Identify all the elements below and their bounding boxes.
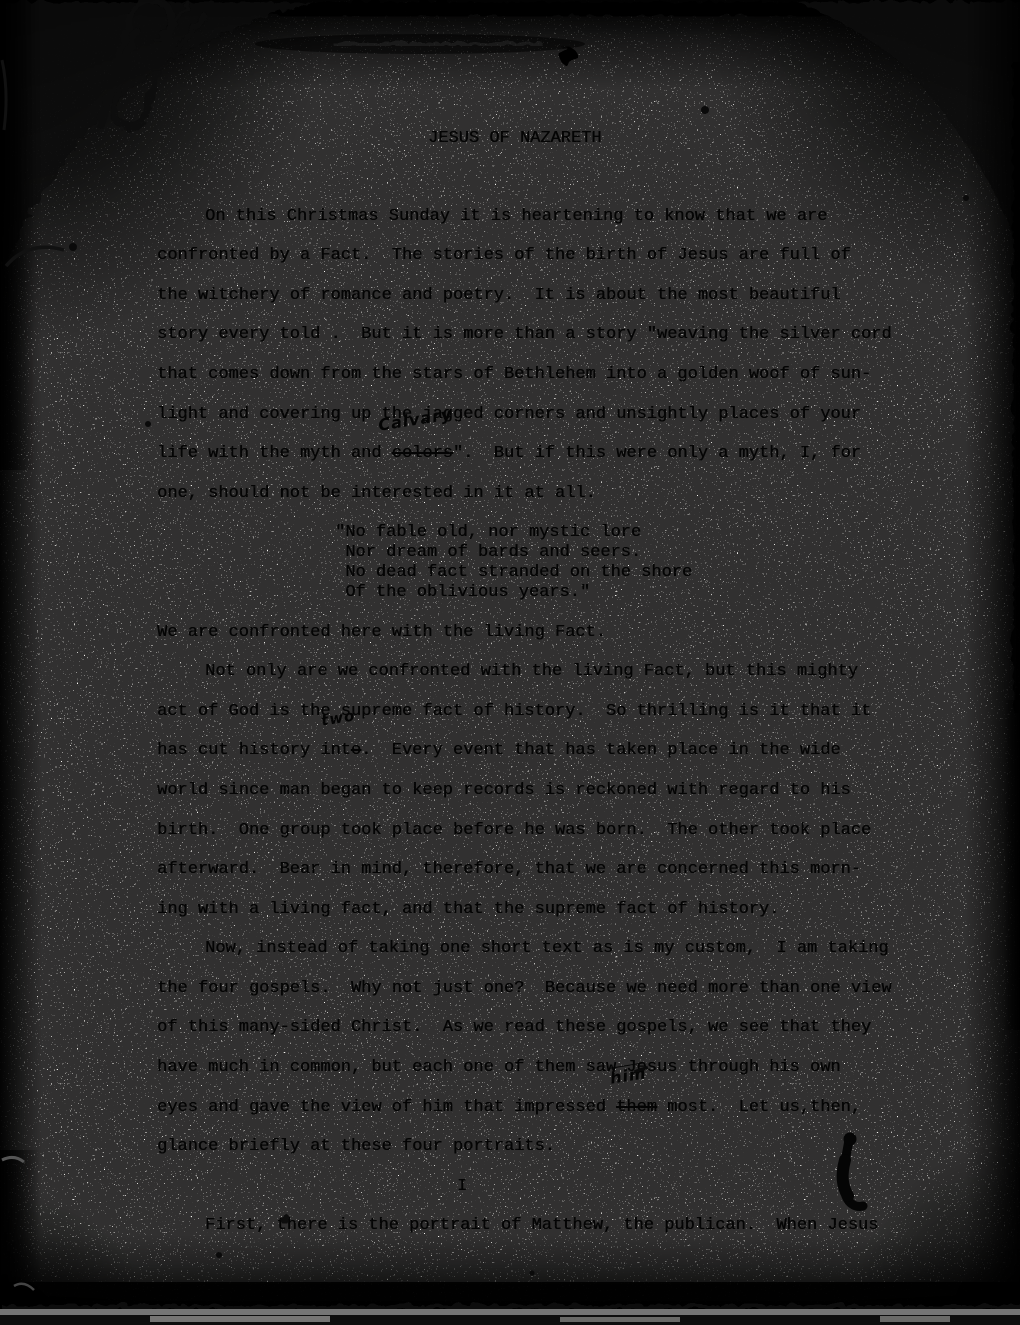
text-line: the witchery of romance and poetry. It i… bbox=[157, 276, 897, 316]
poem-line: No dead fact stranded on the shore bbox=[157, 563, 897, 583]
text-line: one, should not be interested in it at a… bbox=[157, 474, 897, 514]
document-title: JESUS OF NAZARETH bbox=[157, 119, 897, 159]
section-marker: I bbox=[157, 1167, 897, 1207]
text-line: has cut history inttwoo. Every event tha… bbox=[157, 731, 897, 771]
text-line: eyes and gave the view of him that impre… bbox=[157, 1088, 897, 1128]
text-line: Not only are we confronted with the livi… bbox=[157, 652, 897, 692]
typewritten-text-block: JESUS OF NAZARETH On this Christmas Sund… bbox=[157, 81, 897, 1246]
poem-line: Nor dream of bards and seers. bbox=[157, 543, 897, 563]
scanned-document-page: JESUS OF NAZARETH On this Christmas Sund… bbox=[0, 0, 1020, 1325]
bottom-scan-band bbox=[0, 1303, 1020, 1325]
text-line: afterward. Bear in mind, therefore, that… bbox=[157, 850, 897, 890]
text-line: of this many-sided Christ. As we read th… bbox=[157, 1008, 897, 1048]
text-line: life with the myth and Calvarycolors". B… bbox=[157, 434, 897, 474]
text-line: world since man began to keep records is… bbox=[157, 771, 897, 811]
poem-line: "No fable old, nor mystic lore bbox=[157, 523, 897, 543]
struck-word: o bbox=[351, 741, 361, 760]
corrected-word: twoo bbox=[351, 731, 361, 771]
struck-word: colors bbox=[392, 444, 453, 463]
line-text: ". But if this were only a myth, I, for bbox=[453, 444, 861, 463]
smudge-streak bbox=[255, 34, 585, 63]
struck-word: them bbox=[616, 1098, 657, 1117]
text-line: glance briefly at these four portraits. bbox=[157, 1127, 897, 1167]
text-line: On this Christmas Sunday it is heartenin… bbox=[157, 197, 897, 237]
text-line: story every told . But it is more than a… bbox=[157, 315, 897, 355]
text-line: the four gospels. Why not just one? Beca… bbox=[157, 969, 897, 1009]
text-line: light and covering up the jagged corners… bbox=[157, 395, 897, 435]
text-line: have much in common, but each one of the… bbox=[157, 1048, 897, 1088]
corrected-word: Calvarycolors bbox=[392, 434, 453, 474]
line-text: . Every event that has taken place in th… bbox=[361, 741, 840, 760]
text-line: ing with a living fact, and that the sup… bbox=[157, 890, 897, 930]
text-line: confronted by a Fact. The stories of the… bbox=[157, 236, 897, 276]
text-line: We are confronted here with the living F… bbox=[157, 613, 897, 653]
text-line: birth. One group took place before he wa… bbox=[157, 811, 897, 851]
line-text: eyes and gave the view of him that impre… bbox=[157, 1098, 616, 1117]
line-text: life with the myth and bbox=[157, 444, 392, 463]
text-line: First, there is the portrait of Matthew,… bbox=[157, 1206, 897, 1246]
text-line: Now, instead of taking one short text as… bbox=[157, 929, 897, 969]
text-line: act of God is the supreme fact of histor… bbox=[157, 692, 897, 732]
corrected-word: himthem bbox=[616, 1088, 657, 1128]
text-line: that comes down from the stars of Bethle… bbox=[157, 355, 897, 395]
line-text: most. Let us,then, bbox=[657, 1098, 861, 1117]
poem-line: Of the oblivious years." bbox=[157, 583, 897, 603]
line-text: has cut history int bbox=[157, 741, 351, 760]
